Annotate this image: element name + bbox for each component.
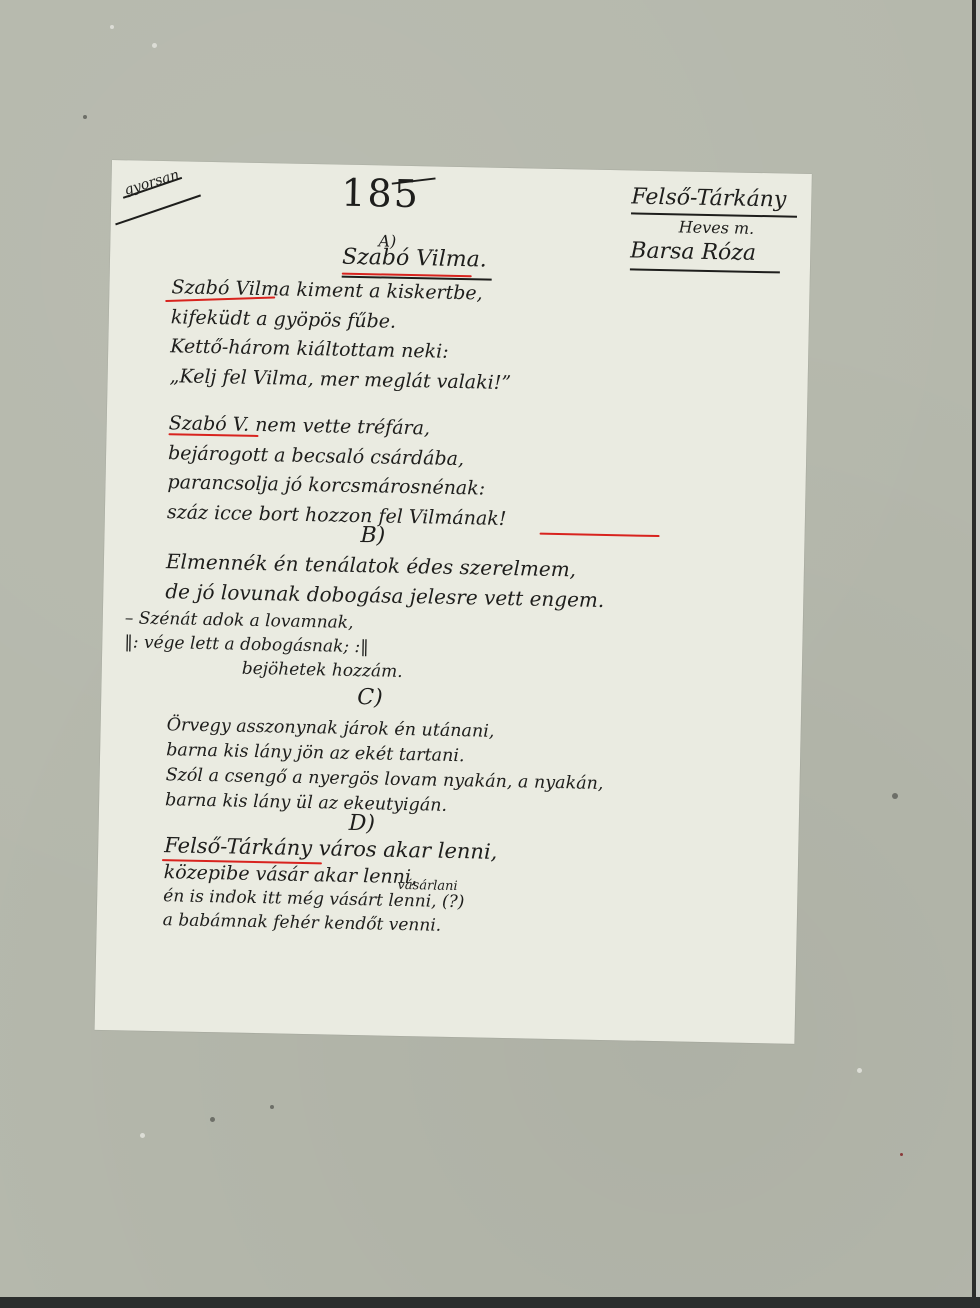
board-fleck bbox=[140, 1133, 145, 1138]
county: Heves m. bbox=[679, 217, 755, 238]
interlinear-correction: vásárlani bbox=[397, 878, 457, 894]
verse-line: száz icce bort hozzon fel Vilmának! bbox=[167, 498, 507, 534]
song-title: Szabó Vilma. bbox=[342, 245, 487, 273]
place-name: Felső-Tárkány bbox=[631, 184, 786, 212]
section-d-label: D) bbox=[348, 811, 375, 837]
section-c-lines: Örvegy asszonynak járok én utánani, barn… bbox=[165, 713, 605, 822]
board-fleck bbox=[110, 25, 114, 29]
board-fleck bbox=[857, 1068, 862, 1073]
section-b-lines: Elmennék én tenálatok édes szerelmem, de… bbox=[165, 547, 605, 615]
place-underline bbox=[631, 212, 797, 217]
board-speck bbox=[83, 115, 87, 119]
verse-line: bejöhetek hozzám. bbox=[124, 654, 403, 684]
corner-note-underline bbox=[115, 194, 201, 224]
collector-underline bbox=[630, 268, 780, 273]
board-speck bbox=[270, 1105, 274, 1109]
frame-edge-bottom bbox=[0, 1297, 980, 1308]
corner-note: gyorsan bbox=[122, 167, 181, 199]
section-b-label: B) bbox=[360, 523, 385, 548]
board-speck bbox=[900, 1153, 903, 1156]
board-speck bbox=[210, 1117, 215, 1122]
board-fleck bbox=[152, 43, 157, 48]
stanza-a1: Szabó Vilma kiment a kiskertbe, kifeküdt… bbox=[169, 273, 513, 398]
red-underline-vilmanak bbox=[540, 533, 660, 537]
board-speck bbox=[892, 793, 898, 799]
page-number: 185 bbox=[341, 171, 420, 217]
verse-line: „Kelj fel Vilma, mer meglát valaki!” bbox=[169, 362, 511, 398]
collector-name: Barsa Róza bbox=[630, 238, 756, 266]
frame-edge-right-highlight bbox=[976, 0, 980, 1308]
section-c-label: C) bbox=[357, 685, 383, 711]
manuscript-page: gyorsan 185 Felső-Tárkány Heves m. Barsa… bbox=[95, 160, 812, 1044]
stanza-a2: Szabó V. nem vette tréfára, bejárogott a… bbox=[167, 409, 509, 534]
section-b-refrain: – Szénát adok a lovamnak, ‖: vége lett a… bbox=[124, 606, 404, 684]
